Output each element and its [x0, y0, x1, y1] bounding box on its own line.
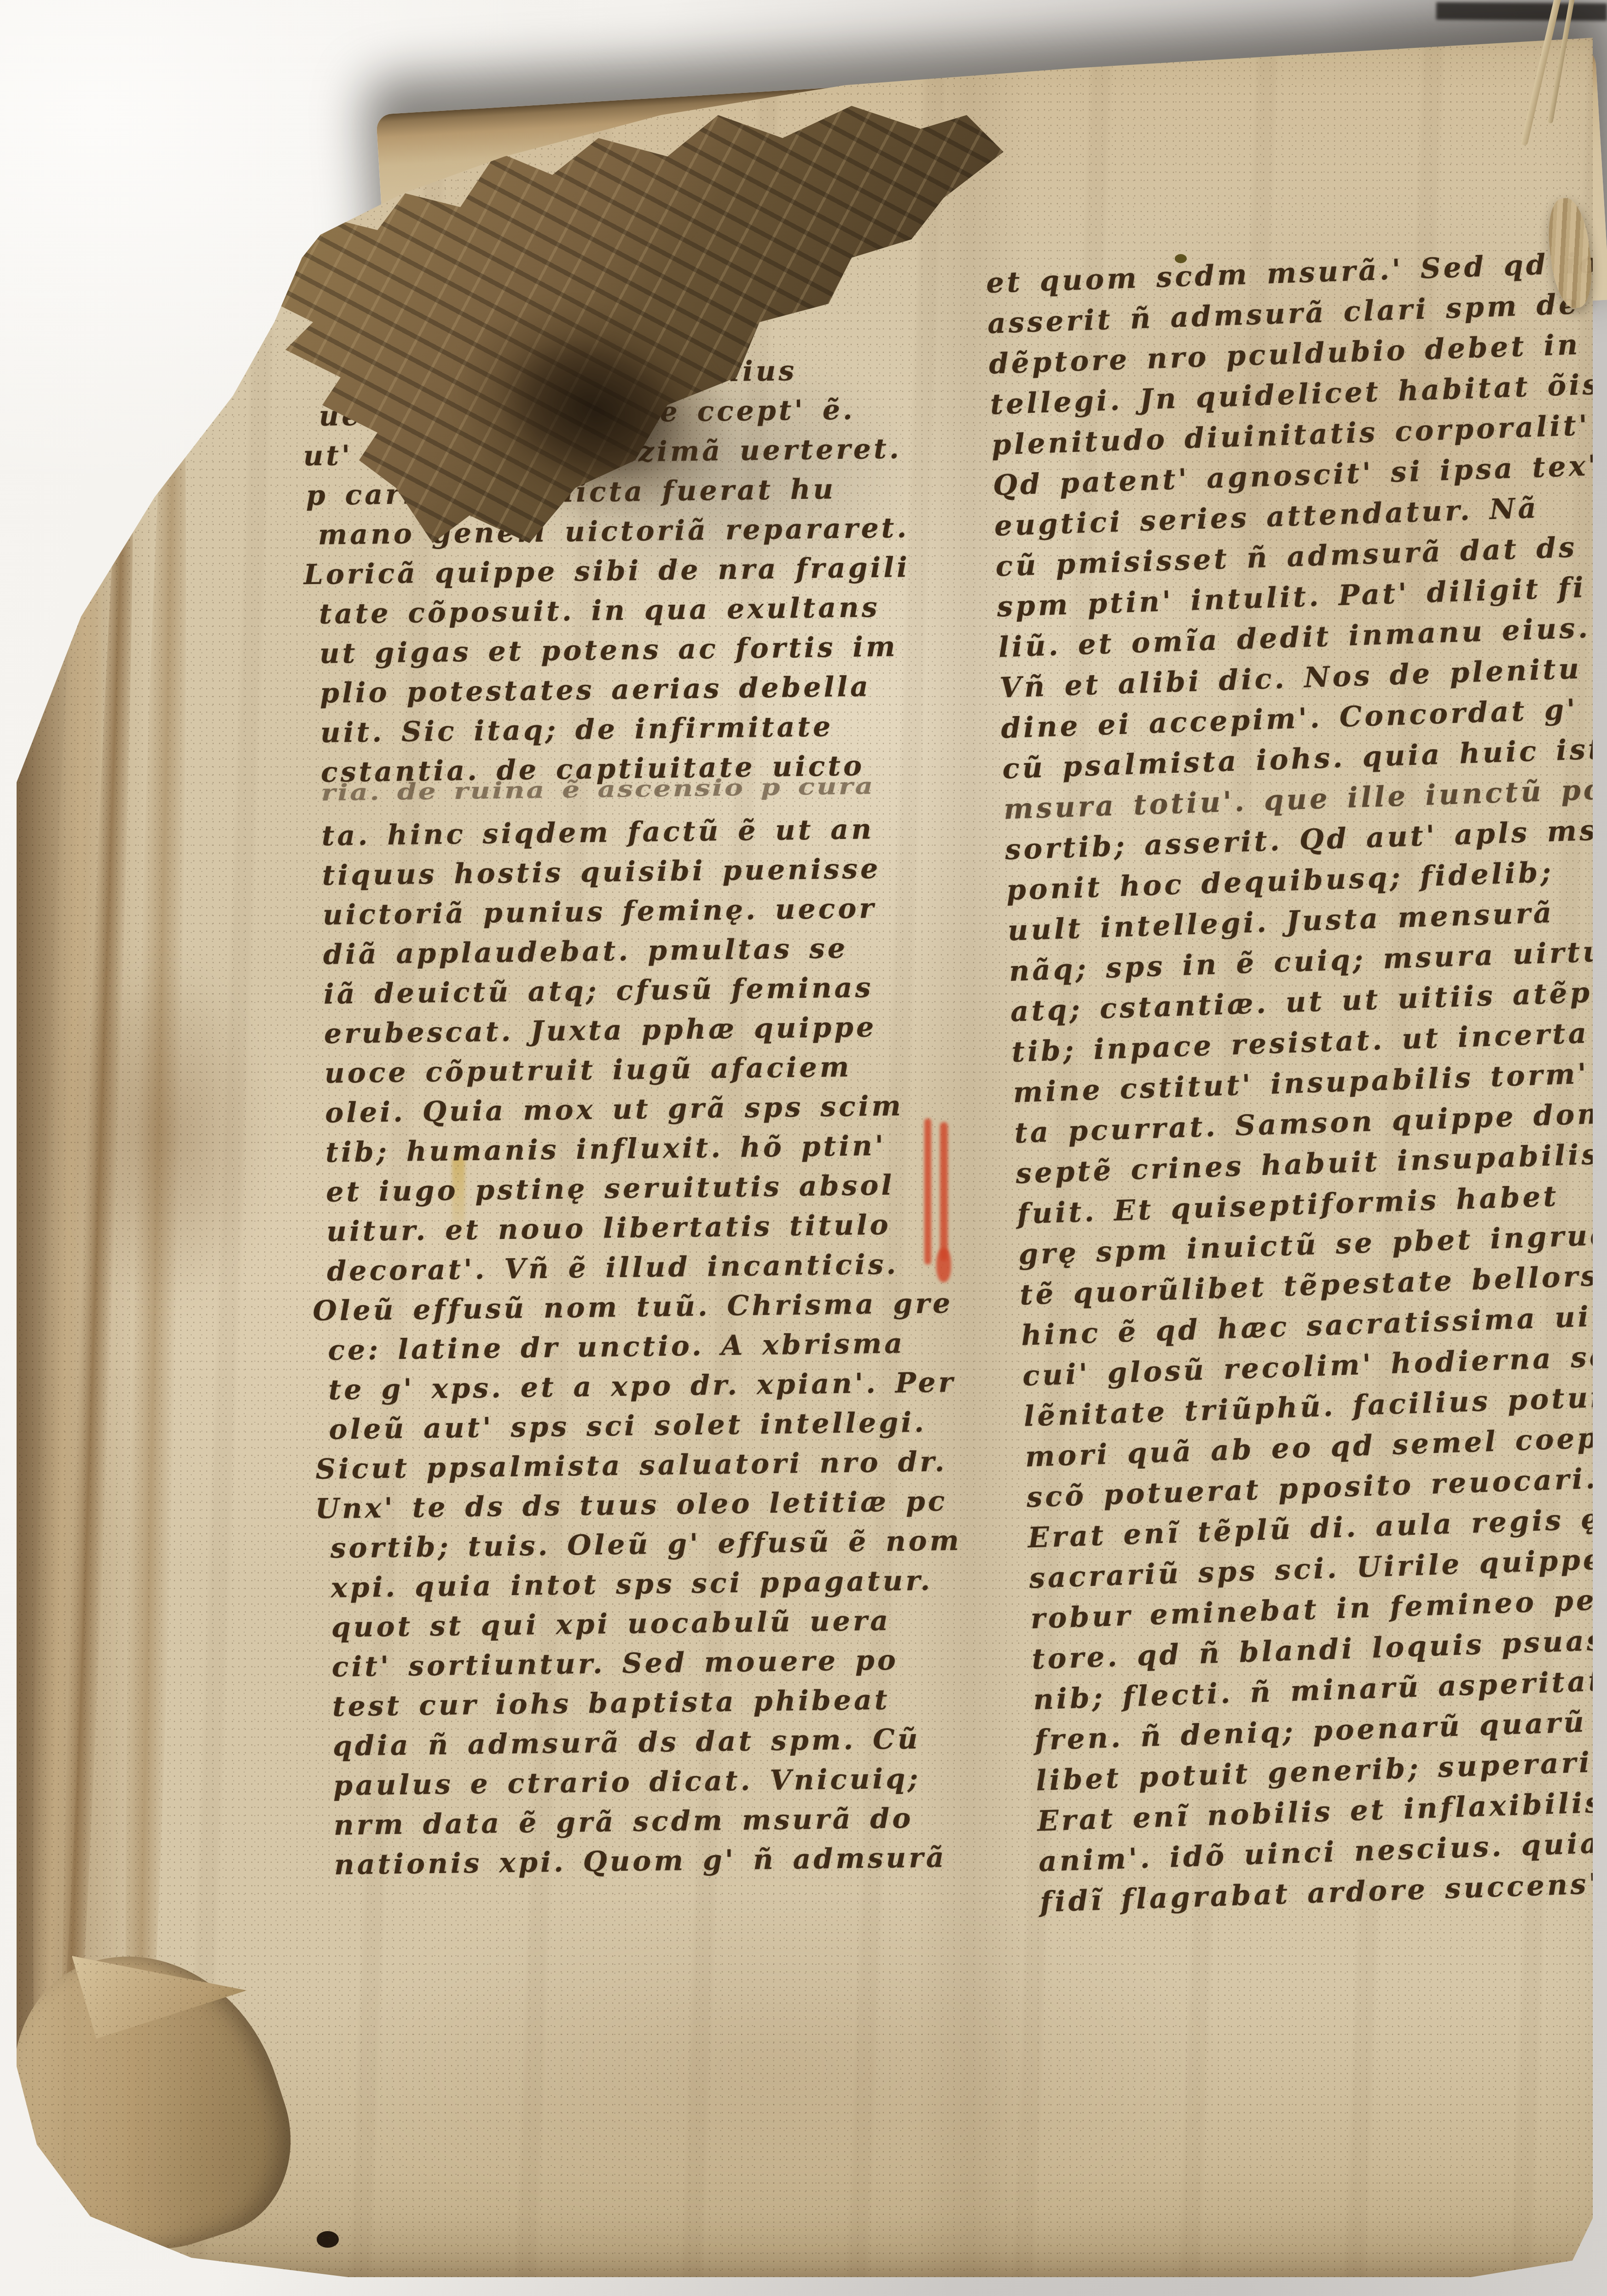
scanner-edge-strip [1436, 2, 1607, 21]
rubric-stroke-blot [936, 1248, 951, 1282]
manuscript-scan: et mundi hui' p'ncili mtis magnanimitaba… [0, 0, 1607, 2296]
rubric-stroke [940, 1122, 948, 1261]
rubric-stroke [924, 1118, 931, 1265]
text-line: nationis xpi. Quom g' ñ admsurã [334, 1837, 993, 1885]
text-column-left: et mundi hui' p'ncili mtis magnanimitaba… [273, 270, 993, 1885]
dark-spot [317, 2231, 339, 2248]
text-line: cit' sortiuntur. Sed mouere po [331, 1639, 990, 1687]
text-column-right: et quom scdm msurã.' Sed qd iohsasserit … [986, 243, 1607, 1923]
bottom-stain [339, 1891, 1213, 2241]
text-line: ut gigas et potens ac fortis im [319, 626, 978, 673]
manuscript-page: et mundi hui' p'ncili mtis magnanimitaba… [17, 28, 1593, 2278]
